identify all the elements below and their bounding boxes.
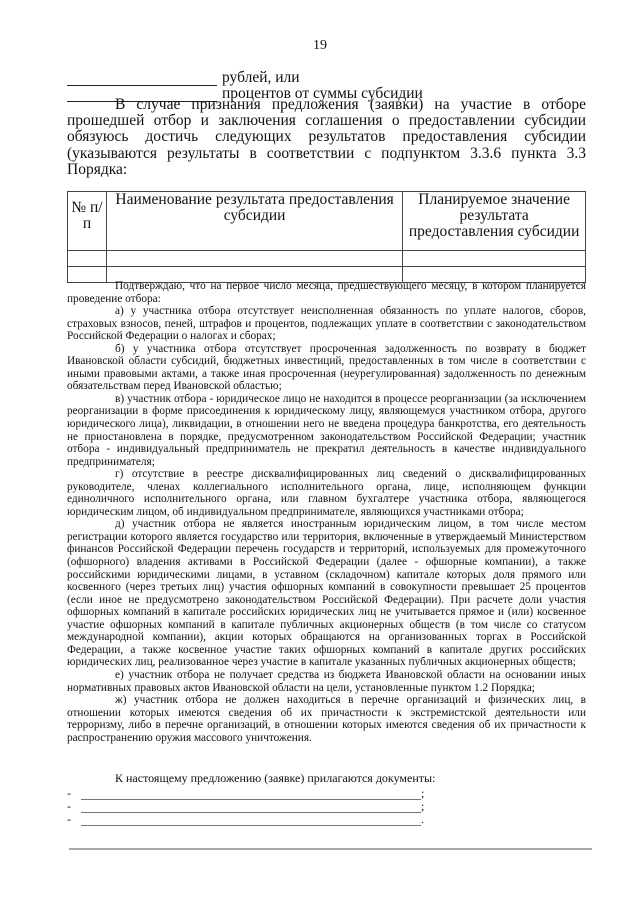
confirmation-item-v: в) участник отбора - юридическое лицо не…: [67, 393, 586, 468]
cell-number[interactable]: [68, 251, 107, 267]
intro-paragraph: В случае признания предложения (заявки) …: [67, 97, 586, 178]
confirmation-lead: Подтверждаю, что на первое число месяца,…: [67, 280, 586, 305]
rubles-amount-row: рублей, или: [67, 70, 300, 86]
cell-planned-value[interactable]: [403, 251, 586, 267]
results-table-header: № п/п Наименование результата предоставл…: [68, 192, 586, 251]
attachment-field-3[interactable]: [81, 814, 421, 826]
attachment-suffix: ;: [421, 799, 424, 813]
confirmation-item-d: д) участник отбора не является иностранн…: [67, 518, 586, 669]
page-number: 19: [0, 38, 640, 54]
results-table: № п/п Наименование результата предоставл…: [67, 191, 586, 283]
attachment-dash: -: [67, 813, 81, 826]
cell-result-name[interactable]: [106, 251, 402, 267]
attachment-line-1: -;: [67, 787, 427, 800]
attachment-suffix: .: [421, 812, 424, 826]
footer-divider: [69, 848, 592, 850]
confirmation-item-b: б) у участника отбора отсутствует просро…: [67, 343, 586, 393]
attachment-line-2: -;: [67, 800, 427, 813]
header-result-name: Наименование результата предоставления с…: [106, 192, 402, 251]
header-planned-value: Планируемое значение результата предоста…: [403, 192, 586, 251]
confirmation-item-zh: ж) участник отбора не должен находиться …: [67, 694, 586, 744]
table-row: [68, 251, 586, 267]
confirmation-section: Подтверждаю, что на первое число месяца,…: [67, 280, 586, 744]
attachment-field-1[interactable]: [81, 788, 421, 800]
header-number: № п/п: [68, 192, 107, 251]
attachment-suffix: ;: [421, 786, 424, 800]
confirmation-item-a: а) у участника отбора отсутствует неиспо…: [67, 305, 586, 343]
attachment-line-3: -.: [67, 813, 427, 826]
attachments-label: К настоящему предложению (заявке) прилаг…: [67, 772, 586, 785]
rubles-amount-field[interactable]: [67, 71, 217, 86]
rubles-label: рублей, или: [222, 69, 300, 86]
attachment-field-2[interactable]: [81, 801, 421, 813]
confirmation-item-g: г) отсутствие в реестре дисквалифицирова…: [67, 468, 586, 518]
confirmation-item-e: е) участник отбора не получает средства …: [67, 669, 586, 694]
